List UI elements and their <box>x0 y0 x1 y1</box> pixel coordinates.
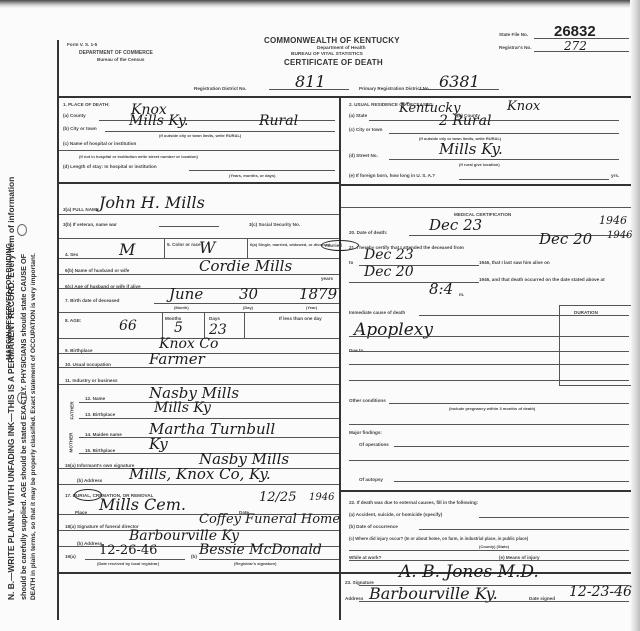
divider <box>349 282 479 283</box>
divider <box>419 315 629 316</box>
age-years: 66 <box>119 318 137 334</box>
divider <box>419 89 499 90</box>
registrar-sig-note: (Registrar's signature) <box>234 561 277 566</box>
divider <box>534 51 629 52</box>
place-county-label: (County) (State) <box>479 544 509 549</box>
divider <box>105 131 335 132</box>
divider <box>59 150 339 151</box>
hospital-note: (If not in hospital or institution write… <box>79 154 198 159</box>
state-title: COMMONWEALTH OF KENTUCKY <box>264 36 400 45</box>
death-occurred-label: 1946, and that death occurred on the dat… <box>479 277 605 282</box>
social-security-label: 3(c) Social Security No. <box>249 222 300 227</box>
age-under-day-label: If less than one day <box>279 316 322 321</box>
last-saw-value: Dec 20 <box>364 264 414 280</box>
immediate-cause-label: Immediate cause of death <box>349 310 405 315</box>
spouse-name-label: 6(b) Name of husband or wife <box>65 268 129 273</box>
divider <box>199 559 339 560</box>
divider <box>269 89 349 90</box>
divider <box>247 238 248 258</box>
injury-place-label: (c) Where did injury occur? (In or about… <box>349 536 528 541</box>
foreign-yrs-label: yrs. <box>611 173 619 178</box>
divider <box>419 529 629 530</box>
res-county-value: Knox <box>507 99 540 114</box>
res-street-note: (If rural give location) <box>459 162 500 167</box>
divider <box>164 238 165 258</box>
occupation-value: Farmer <box>149 350 205 368</box>
date-of-death-value: Dec 23 <box>429 216 482 234</box>
scan-edge-top <box>0 0 640 8</box>
res-state-label: (a) State <box>349 113 367 118</box>
divider <box>59 214 339 215</box>
accident-label: (a) Accident, suicide, or homicide (spec… <box>349 512 442 517</box>
color-value: W <box>199 238 215 257</box>
divider <box>389 403 629 404</box>
foreign-born-label: (e) If foreign born, how long in U. S. A… <box>349 173 435 178</box>
hospital-label: (c) Name of hospital or institution <box>63 141 136 146</box>
binding-margin: N. B.—WRITE PLAINLY WITH UNFADING INK—TH… <box>2 40 44 600</box>
divider <box>341 184 631 186</box>
marital-value: married <box>325 243 342 248</box>
divider <box>349 460 629 461</box>
marital-label: 6(a) Single, married, widowed, or divorc… <box>250 242 330 247</box>
margin-instruction-2: should be carefully supplied. AGE should… <box>19 254 28 600</box>
divider <box>349 336 629 337</box>
divider <box>204 312 205 338</box>
physician-date: 12-23-46 <box>569 584 632 600</box>
divider <box>159 226 219 227</box>
res-street-value: Mills Ky. <box>439 140 503 158</box>
physician-signature: A. B. Jones M.D. <box>399 562 539 582</box>
spouse-age-unit: years <box>321 276 333 281</box>
father-group-label: FATHER <box>70 401 75 419</box>
age-months: 5 <box>174 320 183 336</box>
m-label: m. <box>459 292 464 297</box>
divider <box>244 312 245 338</box>
divider <box>369 120 619 121</box>
burial-place-value: Mills Cem. <box>99 495 186 514</box>
burial-date-value: 12/25 <box>259 490 296 505</box>
burial-circle-mark <box>74 489 102 501</box>
bureau-vital-statistics: BUREAU OF VITAL STATISTICS <box>291 52 363 57</box>
divider <box>59 274 339 275</box>
form-number: Form V. S. 1-5 <box>67 42 97 47</box>
registrar-sig-label: (b) <box>191 554 197 559</box>
divider <box>79 418 339 419</box>
filed-date-value: 12-26-46 <box>99 543 157 558</box>
state-file-no-label: State File No. <box>499 32 528 37</box>
divider <box>59 367 339 368</box>
margin-reserved-label: MARGIN RESERVED FOR BINDING. <box>6 241 13 360</box>
divider <box>189 170 335 171</box>
divider <box>349 364 629 365</box>
operations-label: Of operations <box>359 442 389 447</box>
city-note: (If outside city or town limits, write R… <box>159 133 241 138</box>
filed-date-note: (Date received by local registrar) <box>97 561 159 566</box>
city-value: Mills Ky. <box>129 113 188 129</box>
autopsy-label: Of autopsy <box>359 477 383 482</box>
occurrence-label: (b) Date of occurrence <box>349 524 398 529</box>
divider <box>341 490 631 492</box>
immediate-cause-value: Apoplexy <box>354 320 433 340</box>
mother-group-label: MOTHER <box>68 433 73 453</box>
birth-month-caption: (Month) <box>174 305 189 310</box>
place-of-death-heading: 1. PLACE OF DEATH: <box>63 102 110 107</box>
certificate-title: CERTIFICATE OF DEATH <box>284 58 383 67</box>
birth-day: 30 <box>239 285 258 303</box>
attended-to-value: Dec 23 <box>364 247 414 263</box>
divider <box>162 312 163 338</box>
divider <box>394 446 629 447</box>
city-rural-value: Rural <box>259 113 298 129</box>
death-certificate-page: N. B.—WRITE PLAINLY WITH UNFADING INK—TH… <box>0 0 640 631</box>
punch-hole-icon <box>17 392 27 404</box>
other-conditions-note: (Include pregnancy within 3 months of de… <box>449 406 535 411</box>
divider <box>85 559 185 560</box>
divider <box>459 179 609 180</box>
registrar-no-label: Registrar's No. <box>499 45 532 50</box>
divider <box>559 385 631 386</box>
father-birthplace-value: Mills Ky <box>154 400 211 416</box>
to-label: to <box>349 260 353 265</box>
birth-day-caption: (Day) <box>243 305 253 310</box>
full-name-value: John H. Mills <box>99 193 205 212</box>
margin-instruction-3: DEATH in plain terms, so that it may be … <box>30 253 37 600</box>
birth-date-label: 7. Birth date of deceased <box>65 298 119 303</box>
date-of-death-label: 20. Date of death: <box>349 230 387 235</box>
divider <box>59 182 339 184</box>
divider <box>359 601 629 602</box>
birth-month: June <box>169 285 203 303</box>
registration-district-label: Registration District No. <box>194 86 247 91</box>
certificate-form: Form V. S. 1-5 DEPARTMENT OF COMMERCE Bu… <box>57 40 629 620</box>
divider <box>389 159 619 160</box>
length-note: (Years, months, or days) <box>229 173 275 178</box>
divider <box>349 550 629 551</box>
veteran-label: 3(b) If veteran, name war <box>63 222 117 227</box>
attended-from-year: 1946 <box>607 230 632 241</box>
industry-label: 11. Industry or business <box>65 378 118 383</box>
divider <box>349 380 629 381</box>
color-label: 5. Color or race <box>167 242 201 247</box>
date-of-death-year: 1946 <box>599 214 627 227</box>
divider <box>341 207 631 208</box>
father-birthplace-label: 13. Birthplace <box>85 412 115 417</box>
divider <box>409 235 629 236</box>
column-divider <box>339 98 341 620</box>
funeral-director-value: Coffey Funeral Home <box>199 512 340 527</box>
registrar-signature: Bessie McDonald <box>199 542 322 558</box>
external-causes-label: 22. If death was due to external causes,… <box>349 500 478 505</box>
funeral-director-label: 18(a) Signature of funeral director <box>65 524 139 529</box>
scan-edge-right <box>630 0 640 631</box>
divider <box>394 481 629 482</box>
bureau-census-label: Bureau of the Census <box>97 57 144 62</box>
burial-year-value: 1946 <box>309 492 334 503</box>
divider <box>349 351 629 352</box>
county-label: (a) County <box>63 113 86 118</box>
divider <box>349 560 629 561</box>
death-time-value: 8:4 <box>429 280 453 298</box>
sex-label: 4. Sex <box>65 252 78 257</box>
informant-address-value: Mills, Knox Co, Ky. <box>129 465 271 483</box>
divider <box>559 305 631 306</box>
length-of-stay-label: (d) Length of stay: In hospital or insti… <box>63 164 157 169</box>
divider <box>154 303 339 304</box>
city-label: (b) City or town <box>63 126 97 131</box>
header-rule <box>59 96 631 98</box>
divider <box>559 305 560 385</box>
state-department: Department of Health <box>317 46 366 51</box>
divider <box>59 484 339 485</box>
age-label: 8. AGE: <box>65 318 81 323</box>
mother-birthplace-value: Ky <box>149 435 168 453</box>
other-conditions-label: Other conditions <box>349 398 386 403</box>
res-city-label: (c) City or town <box>349 127 382 132</box>
res-city-value: 2 Rural <box>439 113 491 129</box>
punch-hole-icon <box>17 224 27 236</box>
last-saw-label: 1946, that I last saw him alive on <box>479 260 550 265</box>
duration-label: DURATION <box>574 310 598 315</box>
divider <box>79 437 339 438</box>
department-label: DEPARTMENT OF COMMERCE <box>79 50 153 56</box>
major-findings-label: Major findings: <box>349 430 382 435</box>
sex-value: M <box>119 240 135 259</box>
spouse-name-value: Cordie Mills <box>199 257 292 275</box>
father-name-label: 12. Name <box>85 396 105 401</box>
age-days-label: Days <box>209 316 220 321</box>
filed-label: 19(a) <box>65 554 76 559</box>
divider <box>479 517 629 518</box>
full-name-label: 3(a) FULL NAME <box>63 207 99 212</box>
attended-from-value: Dec 20 <box>539 230 592 248</box>
divider <box>349 424 629 425</box>
birth-year-caption: (Year) <box>306 305 317 310</box>
res-street-label: (d) Street No. <box>349 153 378 158</box>
divider <box>389 133 619 134</box>
birth-year: 1879 <box>299 285 337 303</box>
form-bottom-rule <box>59 572 631 574</box>
divider <box>59 312 339 313</box>
informant-address-label: (b) Address <box>77 478 102 483</box>
